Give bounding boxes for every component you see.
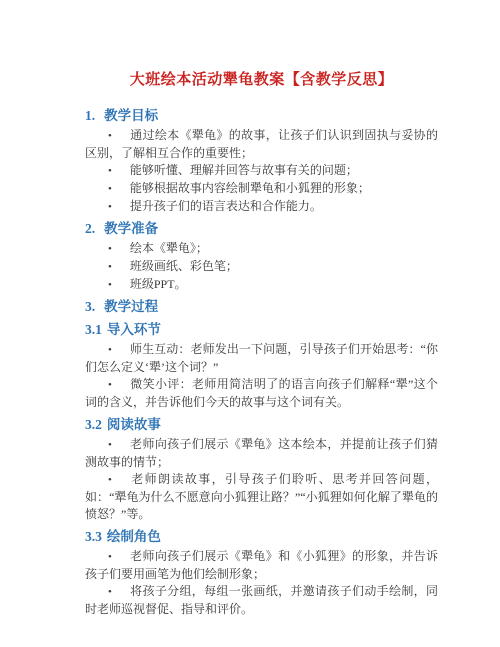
section-heading-teaching-process: 3.教学过程 (85, 298, 438, 316)
section-heading-intro-step: 3.1导入环节 (85, 321, 438, 339)
section-heading-read-story: 3.2阅读故事 (85, 416, 438, 434)
item-text: 老师朗读故事，引导孩子们聆听、思考并回答问题，如：“犟龟为什么不愿意向小狐狸让路… (85, 472, 438, 521)
list-item: •通过绘本《犟龟》的故事，让孩子们认识到固执与妥协的区别，了解相互合作的重要性； (85, 127, 438, 162)
list-item: •将孩子分组，每组一张画纸，并邀请孩子们动手绘制，同时老师巡视督促、指导和评价。 (85, 583, 438, 618)
section-label: 导入环节 (107, 322, 161, 337)
section-heading-draw-characters: 3.3绘制角色 (85, 528, 438, 546)
item-text: 能够听懂、理解并回答与故事有关的问题； (130, 163, 358, 177)
section-number: 3. (85, 298, 95, 316)
list-item: •能够听懂、理解并回答与故事有关的问题； (85, 162, 438, 180)
list-item: •师生互动：老师发出一下问题，引导孩子们开始思考：“你们怎么定义‘犟’这个词？” (85, 341, 438, 376)
item-text: 班级画纸、彩色笔； (130, 259, 238, 273)
bullet-list: •师生互动：老师发出一下问题，引导孩子们开始思考：“你们怎么定义‘犟’这个词？”… (85, 341, 438, 411)
item-text: 老师向孩子们展示《犟龟》和《小狐狸》的形象，并告诉孩子们要用画笔为他们绘制形象； (85, 549, 438, 581)
bullet-list: •老师向孩子们展示《犟龟》和《小狐狸》的形象，并告诉孩子们要用画笔为他们绘制形象… (85, 548, 438, 618)
section-label: 阅读故事 (107, 417, 161, 432)
section-number: 3.1 (85, 321, 102, 339)
section-number: 2. (85, 220, 95, 238)
bullet-list: •通过绘本《犟龟》的故事，让孩子们认识到固执与妥协的区别，了解相互合作的重要性；… (85, 127, 438, 216)
item-text: 师生互动：老师发出一下问题，引导孩子们开始思考：“你们怎么定义‘犟’这个词？” (85, 342, 438, 374)
list-item: •老师向孩子们展示《犟龟》这本绘本，并提前让孩子们猜测故事的情节； (85, 436, 438, 471)
list-item: •班级画纸、彩色笔； (85, 258, 438, 276)
list-item: •绘本《犟龟》； (85, 240, 438, 258)
bullet-marker-icon: • (108, 586, 112, 598)
section-heading-teaching-preparation: 2.教学准备 (85, 220, 438, 238)
section-label: 绘制角色 (107, 529, 161, 544)
bullet-marker-icon: • (108, 201, 112, 213)
item-text: 通过绘本《犟龟》的故事，让孩子们认识到固执与妥协的区别，了解相互合作的重要性； (85, 128, 438, 160)
document-title: 大班绘本活动犟龟教案【含教学反思】 (85, 70, 438, 91)
bullet-marker-icon: • (108, 165, 112, 177)
list-item: •老师向孩子们展示《犟龟》和《小狐狸》的形象，并告诉孩子们要用画笔为他们绘制形象… (85, 548, 438, 583)
section-number: 1. (85, 107, 95, 125)
list-item: •提升孩子们的语言表达和合作能力。 (85, 198, 438, 216)
list-item: •能够根据故事内容绘制犟龟和小狐狸的形象； (85, 180, 438, 198)
bullet-marker-icon: • (108, 243, 112, 255)
bullet-marker-icon: • (108, 344, 112, 356)
bullet-marker-icon: • (108, 551, 112, 563)
item-text: 能够根据故事内容绘制犟龟和小狐狸的形象； (130, 181, 370, 195)
section-label: 教学目标 (104, 108, 158, 123)
bullet-list: •绘本《犟龟》； •班级画纸、彩色笔； •班级PPT。 (85, 240, 438, 294)
item-text: 提升孩子们的语言表达和合作能力。 (130, 199, 322, 213)
bullet-marker-icon: • (108, 130, 112, 142)
bullet-marker-icon: • (108, 261, 112, 273)
bullet-list: •老师向孩子们展示《犟龟》这本绘本，并提前让孩子们猜测故事的情节； •老师朗读故… (85, 436, 438, 523)
section-heading-teaching-goals: 1.教学目标 (85, 107, 438, 125)
list-item: •微笑小评：老师用简洁明了的语言向孩子们解释“犟”这个词的含义，并告诉他们今天的… (85, 376, 438, 411)
section-number: 3.2 (85, 416, 102, 434)
list-item: •班级PPT。 (85, 276, 438, 294)
section-label: 教学过程 (104, 299, 158, 314)
section-number: 3.3 (85, 528, 102, 546)
bullet-marker-icon: • (108, 379, 112, 391)
bullet-marker-icon: • (108, 474, 112, 486)
item-text: 微笑小评：老师用简洁明了的语言向孩子们解释“犟”这个词的含义，并告诉他们今天的故… (85, 377, 438, 409)
bullet-marker-icon: • (108, 439, 112, 451)
item-text: 将孩子分组，每组一张画纸，并邀请孩子们动手绘制，同时老师巡视督促、指导和评价。 (85, 584, 438, 616)
document-page: 大班绘本活动犟龟教案【含教学反思】 1.教学目标 •通过绘本《犟龟》的故事，让孩… (0, 0, 500, 647)
section-label: 教学准备 (104, 221, 158, 236)
item-text: 老师向孩子们展示《犟龟》这本绘本，并提前让孩子们猜测故事的情节； (85, 437, 438, 469)
bullet-marker-icon: • (108, 183, 112, 195)
item-text: 绘本《犟龟》； (130, 241, 208, 255)
list-item: •老师朗读故事，引导孩子们聆听、思考并回答问题，如：“犟龟为什么不愿意向小狐狸让… (85, 471, 438, 523)
bullet-marker-icon: • (108, 279, 112, 291)
item-text: 班级PPT。 (130, 277, 187, 291)
